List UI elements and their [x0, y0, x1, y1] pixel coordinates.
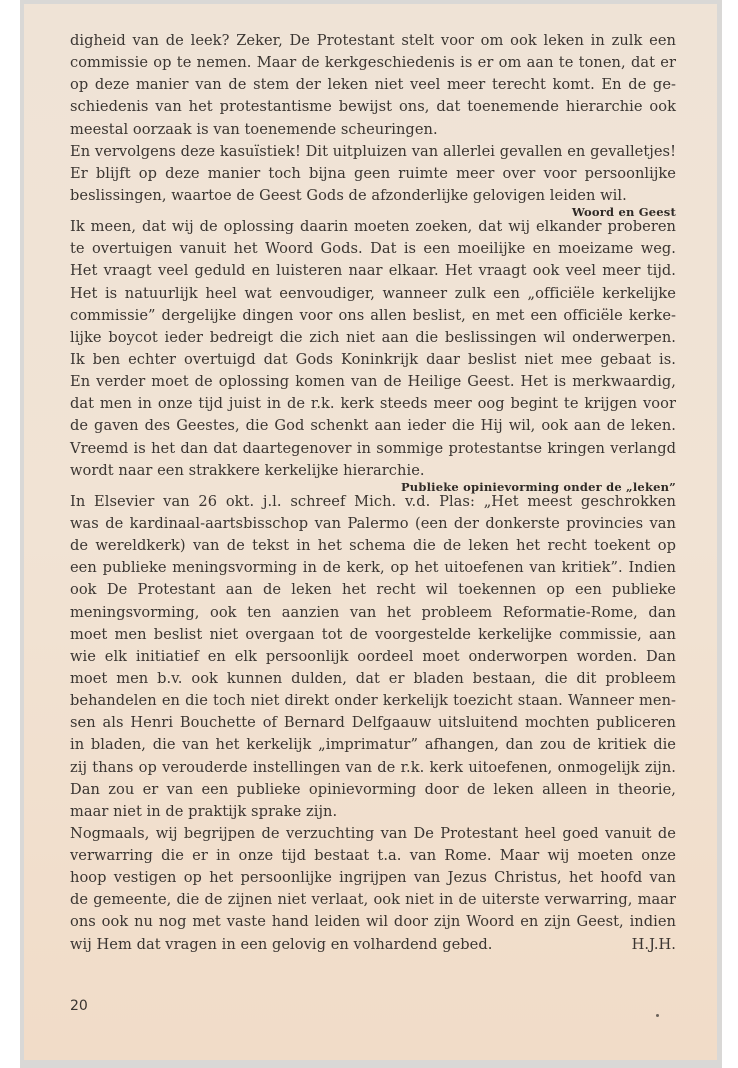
text-line: behandelen en die toch niet direkt onder…	[70, 690, 676, 712]
text-line: dat men in onze tijd juist in de r.k. ke…	[70, 393, 676, 415]
text-line: In Elsevier van 26 okt. j.l. schreef Mic…	[70, 491, 676, 513]
text-line: sen als Henri Bouchette of Bernard Delfg…	[70, 712, 676, 734]
text-line: Dan zou er van een publieke opinievormin…	[70, 779, 676, 801]
text-line: wie elk initiatief en elk persoonlijk oo…	[70, 646, 676, 668]
paragraph-publieke-opinievorming: In Elsevier van 26 okt. j.l. schreef Mic…	[70, 491, 676, 823]
text-line: zij thans op verouderde instellingen van…	[70, 757, 676, 779]
text-line: wij Hem dat vragen in een gelovig en vol…	[70, 934, 492, 956]
text-line: meestal oorzaak is van toenemende scheur…	[70, 119, 676, 141]
text-line: Ik ben echter overtuigd dat Gods Koninkr…	[70, 349, 676, 371]
text-line: Er blijft op deze manier toch bijna geen…	[70, 163, 676, 185]
text-line: Het vraagt veel geduld en luisteren naar…	[70, 260, 676, 282]
author-signature: H.J.H.	[632, 934, 676, 956]
text-line: En vervolgens deze kasuïstiek! Dit uitpl…	[70, 141, 676, 163]
text-line: Vreemd is het dan dat daartegenover in s…	[70, 438, 676, 460]
text-line: commissie” dergelijke dingen voor ons al…	[70, 305, 676, 327]
text-line: te overtuigen vanuit het Woord Gods. Dat…	[70, 238, 676, 260]
text-line: digheid van de leek? Zeker, De Protestan…	[70, 30, 676, 52]
text-line: ons ook nu nog met vaste hand leiden wil…	[70, 911, 676, 933]
text-line: moet men b.v. ook kunnen dulden, dat er …	[70, 668, 676, 690]
paragraph-woord-en-geest: Ik meen, dat wij de oplossing daarin moe…	[70, 216, 676, 482]
page-number: 20	[70, 998, 88, 1014]
article-body: digheid van de leek? Zeker, De Protestan…	[70, 30, 676, 956]
text-line: En verder moet de oplossing komen van de…	[70, 371, 676, 393]
text-line: verwarring die er in onze tijd bestaat t…	[70, 845, 676, 867]
text-line: hoop vestigen op het persoonlijke ingrij…	[70, 867, 676, 889]
text-line: de wereldkerk) van de tekst in het schem…	[70, 535, 676, 557]
text-line: in bladen, die van het kerkelijk „imprim…	[70, 734, 676, 756]
paragraph-kasuistiek: En vervolgens deze kasuïstiek! Dit uitpl…	[70, 141, 676, 207]
paragraph-nogmaals: Nogmaals, wij begrijpen de verzuchting v…	[70, 823, 676, 956]
paragraph-leek-commissie: digheid van de leek? Zeker, De Protestan…	[70, 30, 676, 141]
text-line: commissie op te nemen. Maar de kerkgesch…	[70, 52, 676, 74]
text-line: Nogmaals, wij begrijpen de verzuchting v…	[70, 823, 676, 845]
text-line: de gaven des Geestes, die God schenkt aa…	[70, 415, 676, 437]
text-line: moet men beslist niet overgaan tot de vo…	[70, 624, 676, 646]
text-line: lijke boycot ieder bedreigt die zich nie…	[70, 327, 676, 349]
text-line: meningsvorming, ook ten aanzien van het …	[70, 602, 676, 624]
text-line: op deze manier van de stem der leken nie…	[70, 74, 676, 96]
text-line: wordt naar een strakkere kerkelijke hier…	[70, 460, 676, 482]
text-line: Het is natuurlijk heel wat eenvoudiger, …	[70, 283, 676, 305]
text-line: de gemeente, die de zijnen niet verlaat,…	[70, 889, 676, 911]
closing-line: wij Hem dat vragen in een gelovig en vol…	[70, 934, 676, 956]
text-line: ook De Protestant aan de leken het recht…	[70, 579, 676, 601]
paper-speck	[656, 1014, 659, 1017]
text-line: een publieke meningsvorming in de kerk, …	[70, 557, 676, 579]
text-line: schiedenis van het protestantisme bewijs…	[70, 96, 676, 118]
text-line: was de kardinaal-aartsbisschop van Paler…	[70, 513, 676, 535]
text-line: maar niet in de praktijk sprake zijn.	[70, 801, 676, 823]
text-line: beslissingen, waartoe de Geest Gods de a…	[70, 185, 676, 207]
text-line: Ik meen, dat wij de oplossing daarin moe…	[70, 216, 676, 238]
